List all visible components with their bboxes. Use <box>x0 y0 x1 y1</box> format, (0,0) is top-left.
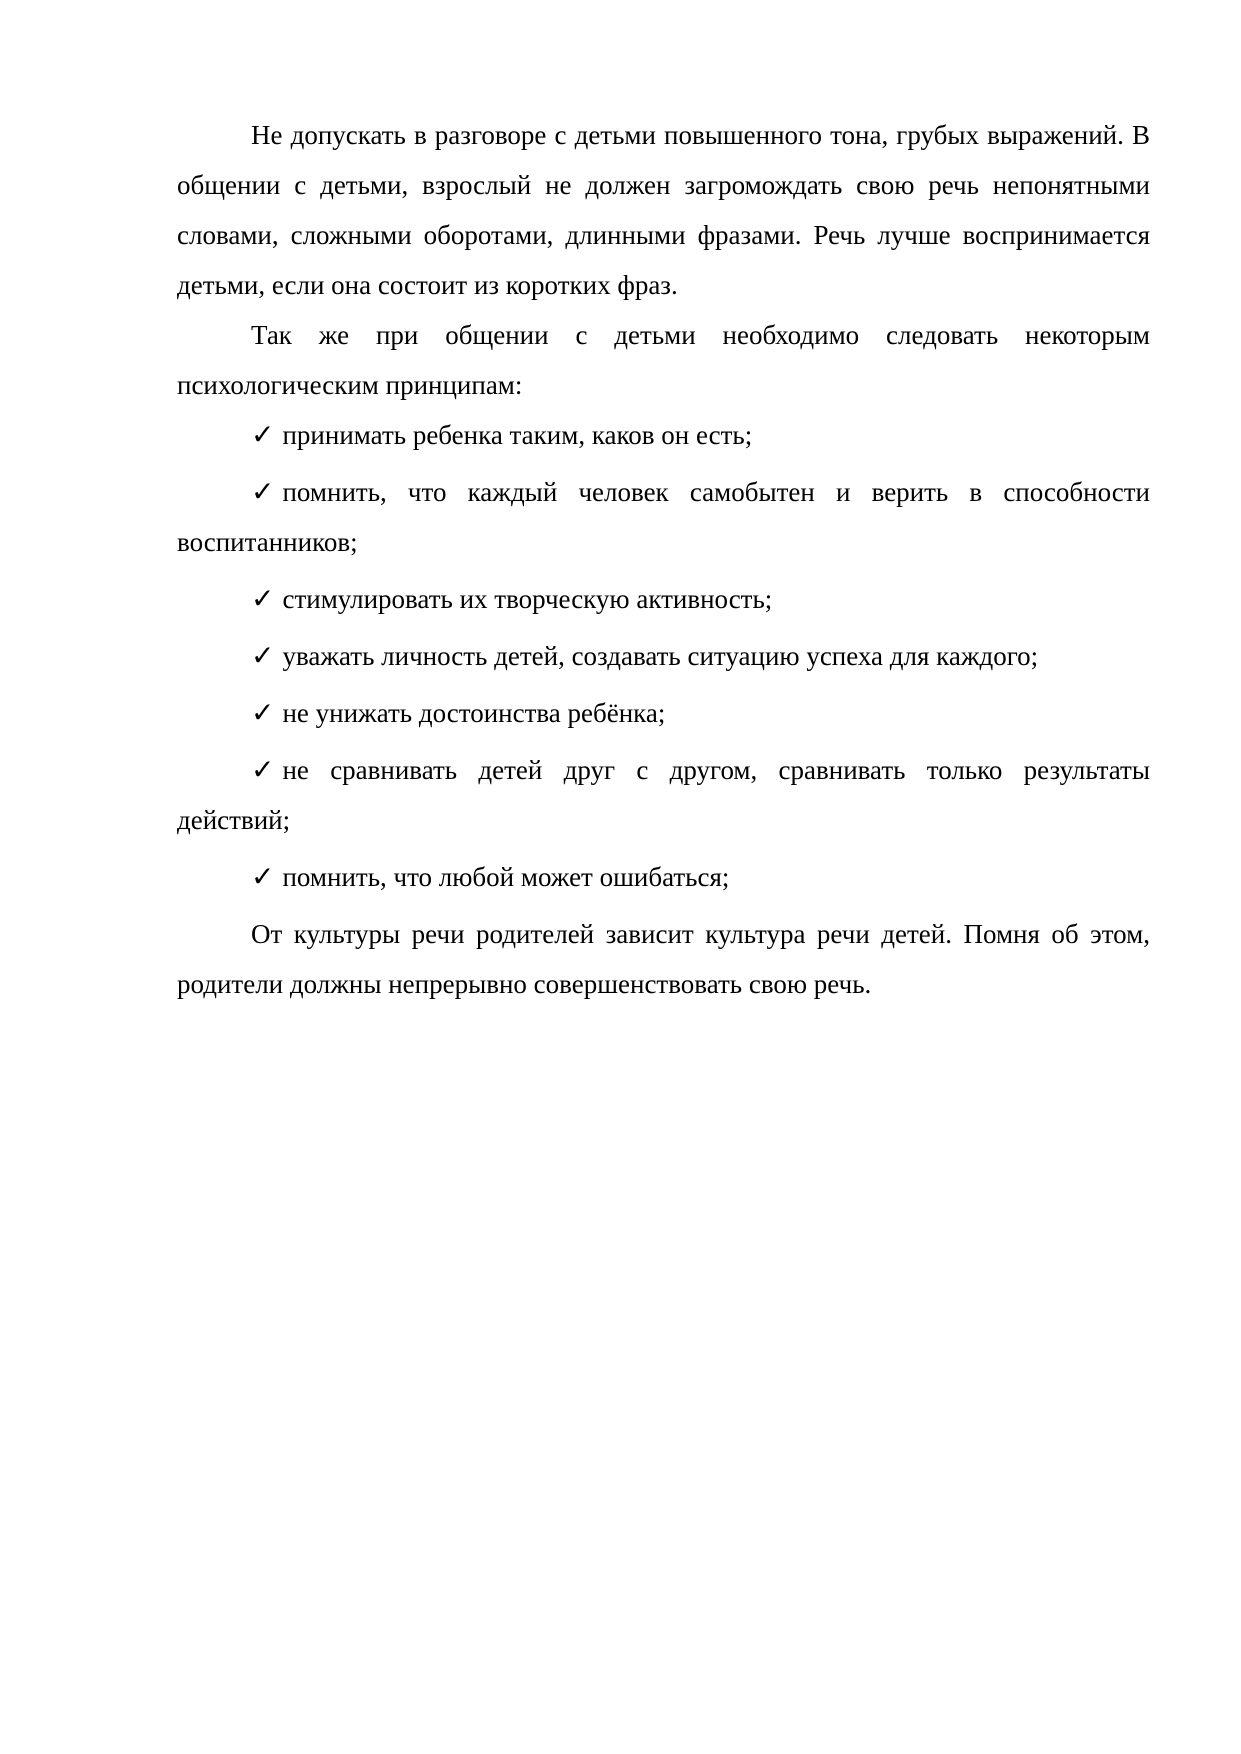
paragraph-principles-intro: Так же при общении с детьми необходимо с… <box>177 310 1150 410</box>
checkmark-icon: ✓ <box>251 410 274 460</box>
checklist-item: ✓уважать личность детей, создавать ситуа… <box>177 631 1150 681</box>
checklist-item: ✓стимулировать их творческую активность; <box>177 574 1150 624</box>
checkmark-icon: ✓ <box>251 745 274 795</box>
checkmark-icon: ✓ <box>251 467 274 517</box>
checkmark-icon: ✓ <box>251 852 274 902</box>
checklist-item: ✓помнить, что любой может ошибаться; <box>177 852 1150 902</box>
checklist-item-text: не унижать достоинства ребёнка; <box>282 698 665 728</box>
checklist-item-text: не сравнивать детей друг с другом, сравн… <box>177 755 1150 835</box>
checkmark-icon: ✓ <box>251 631 274 681</box>
checklist-item: ✓не сравнивать детей друг с другом, срав… <box>177 745 1150 845</box>
checklist-item: ✓помнить, что каждый человек самобытен и… <box>177 467 1150 567</box>
checkmark-icon: ✓ <box>251 688 274 738</box>
paragraph-tone: Не допускать в разговоре с детьми повыше… <box>177 110 1150 310</box>
checklist-item: ✓принимать ребенка таким, каков он есть; <box>177 410 1150 460</box>
principles-checklist: ✓принимать ребенка таким, каков он есть;… <box>177 410 1150 902</box>
checklist-item-text: уважать личность детей, создавать ситуац… <box>282 641 1038 671</box>
checklist-item: ✓не унижать достоинства ребёнка; <box>177 688 1150 738</box>
document-page: Не допускать в разговоре с детьми повыше… <box>177 110 1150 1009</box>
paragraph-speech-culture: От культуры речи родителей зависит культ… <box>177 909 1150 1009</box>
checklist-item-text: принимать ребенка таким, каков он есть; <box>282 420 752 450</box>
checklist-item-text: помнить, что любой может ошибаться; <box>282 862 729 892</box>
checkmark-icon: ✓ <box>251 574 274 624</box>
checklist-item-text: стимулировать их творческую активность; <box>282 584 772 614</box>
checklist-item-text: помнить, что каждый человек самобытен и … <box>177 477 1150 557</box>
